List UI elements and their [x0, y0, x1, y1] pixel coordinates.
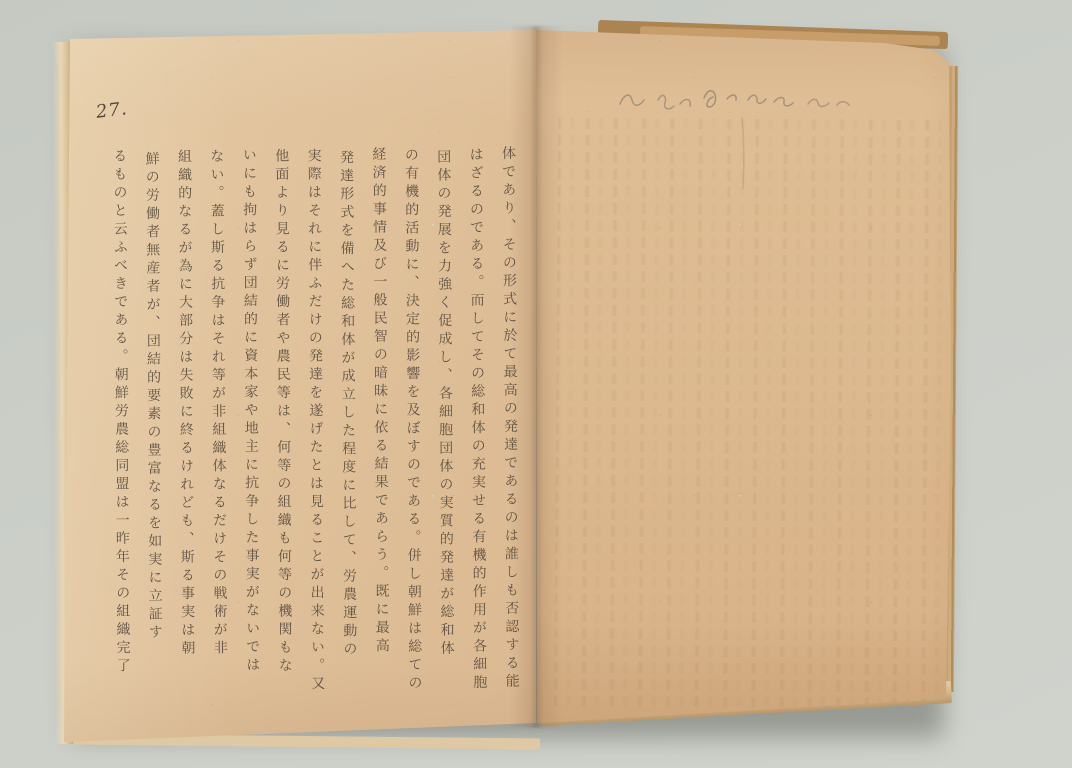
text-column: 発達形式を備へた総和体が成立した程度に比して、労農運動の — [330, 150, 366, 728]
text-column: 鮮の労働者無産者が、団結的要素の豊富なるを如実に立証す — [135, 151, 171, 729]
text-column: はざるのである。而してその総和体の充実せる有機的作用が各細胞 — [459, 147, 495, 725]
text-column: 団体の発展を力強く促成し、各細胞団体の実質的発達が総和体 — [427, 149, 463, 727]
pencil-inscription — [612, 76, 868, 206]
text-column: ない。蓋し斯る抗争はそれ等が非組織体なるだけその戦術が非 — [200, 149, 236, 727]
text-column: 組織的なるが為に大部分は失敗に終るけれども、斯る事実は朝 — [168, 149, 204, 727]
photo-background: 27. 体であり、その形式に於て最高の発達であるのは誰しも否認する能 はざるので… — [0, 0, 1072, 768]
page-number: 27. — [95, 98, 129, 123]
text-column: 経済的事情及び一般民智の暗昧に依る結果であらう。既に最高 — [362, 146, 398, 724]
text-column: 実際はそれに伴ふだけの発達を遂げたとは見ることが出来ない。又 — [297, 148, 333, 726]
text-column: るものと云ふべきである。朝鮮労農総同盟は一昨年その組織完了 — [103, 148, 139, 726]
manuscript-text: 体であり、その形式に於て最高の発達であるのは誰しも否認する能 はざるのである。而… — [98, 147, 528, 728]
text-column: 他面より見るに労働者や農民等は、何等の組織も何等の機関もな — [265, 148, 301, 726]
text-column: の有機的活動に、決定的影響を及ぼすのである。併し朝鮮は総ての — [394, 147, 430, 725]
book-gutter — [510, 26, 562, 728]
text-column: いにも拘はらず団結的に資本家や地主に抗争した事実がないでは — [232, 147, 268, 725]
